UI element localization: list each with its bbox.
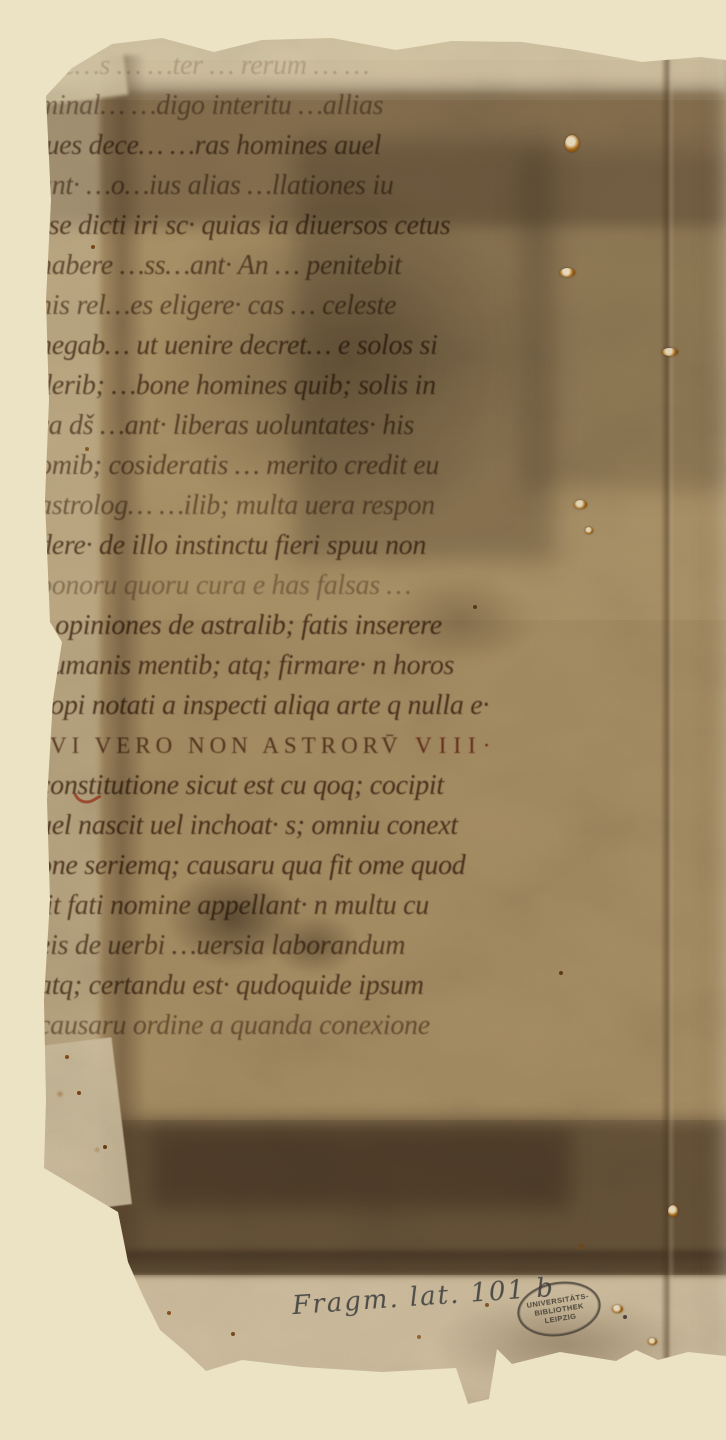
shelfmark-inscription: Fragm. lat. 101 b (291, 1273, 556, 1321)
manuscript-line: atq; certandu est· qudoquide ipsum (38, 966, 586, 1006)
manuscript-line: bonoru quoru cura e has falsas … (38, 566, 586, 606)
manuscript-line: uel nascit uel inchoat· s; omniu conext (38, 806, 586, 846)
wormhole (668, 1205, 678, 1217)
manuscript-line: s opiniones de astralib; fatis inserere (38, 606, 586, 646)
manuscript-line: copi notati a inspecti aliqa arte q null… (38, 686, 586, 726)
wormhole (585, 527, 593, 534)
manuscript-line: negab… ut uenire decret… e solos si (38, 326, 586, 366)
bottom-stain-cloud (150, 1128, 570, 1208)
manuscript-line: constitutione sicut est cu qoq; cocipit (38, 766, 586, 806)
chapter-number-rubric: viii· (403, 733, 498, 758)
chapter-heading-line: vi vero non astrorv̄ viii· (38, 726, 586, 766)
manuscript-line: derib; …bone homines quib; solis in (38, 366, 586, 406)
manuscript-line: iues dece… …ras homines auel (38, 126, 586, 166)
wormhole (612, 1305, 623, 1313)
wormhole (648, 1338, 657, 1345)
bottom-stain-band (100, 1120, 726, 1260)
bottom-fold-stripe (118, 1250, 726, 1276)
manuscript-line: sse dicti iri sc· quias ia diuersos cetu… (38, 206, 586, 246)
manuscript-line: nis rel…es eligere· cas … celeste (38, 286, 586, 326)
manuscript-line: ra dš …ant· liberas uoluntates· his (38, 406, 586, 446)
manuscript-line: humanis mentib; atq; firmare· n horos (38, 646, 586, 686)
wormhole (662, 348, 678, 356)
chapter-heading-text: vi vero non astrorv̄ (50, 733, 403, 758)
manuscript-line: eis de uerbi …uersia laborandum (38, 926, 586, 966)
manuscript-line: dere· de illo instinctu fieri spuu non (38, 526, 586, 566)
manuscript-line: fit fati nomine appellant· n multu cu (38, 886, 586, 926)
manuscript-text: …e…s … …ter … rerum … …minal… …digo inte… (38, 46, 586, 1046)
rust-speckles (0, 0, 2, 2)
manuscript-line: omib; cosideratis … merito credit eu (38, 446, 586, 486)
parchment-fragment: …e…s … …ter … rerum … …minal… …digo inte… (0, 0, 726, 1440)
vertical-fold-crease (661, 38, 675, 1368)
manuscript-line: minal… …digo interitu …allias (38, 86, 586, 126)
manuscript-line: astrolog… …ilib; multa uera respon (38, 486, 586, 526)
manuscript-line: …e…s … …ter … rerum … … (38, 46, 586, 86)
manuscript-line: causaru ordine a quanda conexione (38, 1006, 586, 1046)
manuscript-line: unt· …o…ius alias …llationes iu (38, 166, 586, 206)
manuscript-line: habere …ss…ant· An … penitebit (38, 246, 586, 286)
torn-flap-bottom-left (24, 1037, 132, 1214)
photo-background: …e…s … …ter … rerum … …minal… …digo inte… (0, 0, 726, 1440)
manuscript-line: one seriemq; causaru qua fit ome quod (38, 846, 586, 886)
